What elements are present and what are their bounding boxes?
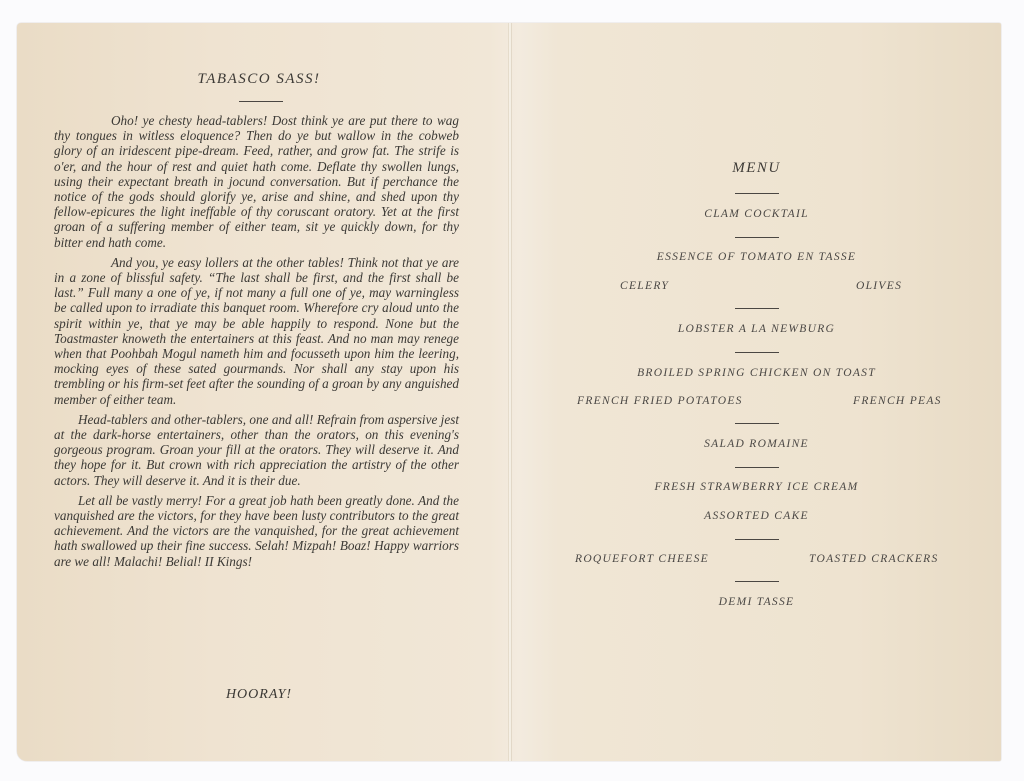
essay-paragraph: Head-tablers and other-tablers, one and … <box>54 412 459 488</box>
left-page: TABASCO SASS! Oho! ye chesty head-tabler… <box>17 23 507 761</box>
menu-divider <box>735 308 779 309</box>
menu-divider <box>735 352 779 353</box>
open-booklet: TABASCO SASS! Oho! ye chesty head-tabler… <box>17 23 1001 761</box>
essay-paragraph: Let all be vastly merry! For a great job… <box>54 493 459 569</box>
menu-item-potatoes: FRENCH FRIED POTATOES <box>577 395 743 407</box>
menu-divider <box>735 539 779 540</box>
menu-item-ice-cream: FRESH STRAWBERRY ICE CREAM <box>512 481 1001 493</box>
menu-item-celery: CELERY <box>620 280 669 292</box>
menu-item-demi-tasse: DEMI TASSE <box>512 596 1001 608</box>
essay-body: Oho! ye chesty head-tablers! Dost think … <box>54 113 459 574</box>
essay-paragraph: And you, ye easy lollers at the other ta… <box>54 255 459 407</box>
menu-item-crackers: TOASTED CRACKERS <box>809 553 939 565</box>
menu-title: MENU <box>512 160 1001 177</box>
menu-item-salad: SALAD ROMAINE <box>512 438 1001 450</box>
menu-item-cake: ASSORTED CAKE <box>512 510 1001 522</box>
menu-item-cheese: ROQUEFORT CHEESE <box>575 553 709 565</box>
right-page: MENU CLAM COCKTAIL ESSENCE OF TOMATO EN … <box>512 23 1001 761</box>
menu-item-olives: OLIVES <box>856 280 902 292</box>
essay-paragraph: Oho! ye chesty head-tablers! Dost think … <box>54 113 459 250</box>
menu-item-lobster: LOBSTER A LA NEWBURG <box>512 323 1001 335</box>
menu-item-peas: FRENCH PEAS <box>853 395 942 407</box>
title-divider <box>239 101 283 102</box>
menu-item-tomato-soup: ESSENCE OF TOMATO EN TASSE <box>512 251 1001 263</box>
menu-item-clam-cocktail: CLAM COCKTAIL <box>512 208 1001 220</box>
menu-divider <box>735 193 779 194</box>
menu-divider <box>735 467 779 468</box>
menu-item-chicken: BROILED SPRING CHICKEN ON TOAST <box>512 367 1001 379</box>
essay-title: TABASCO SASS! <box>17 71 501 88</box>
menu-divider <box>735 237 779 238</box>
menu-divider <box>735 581 779 582</box>
menu-divider <box>735 423 779 424</box>
closing-exclamation: HOORAY! <box>17 687 501 703</box>
